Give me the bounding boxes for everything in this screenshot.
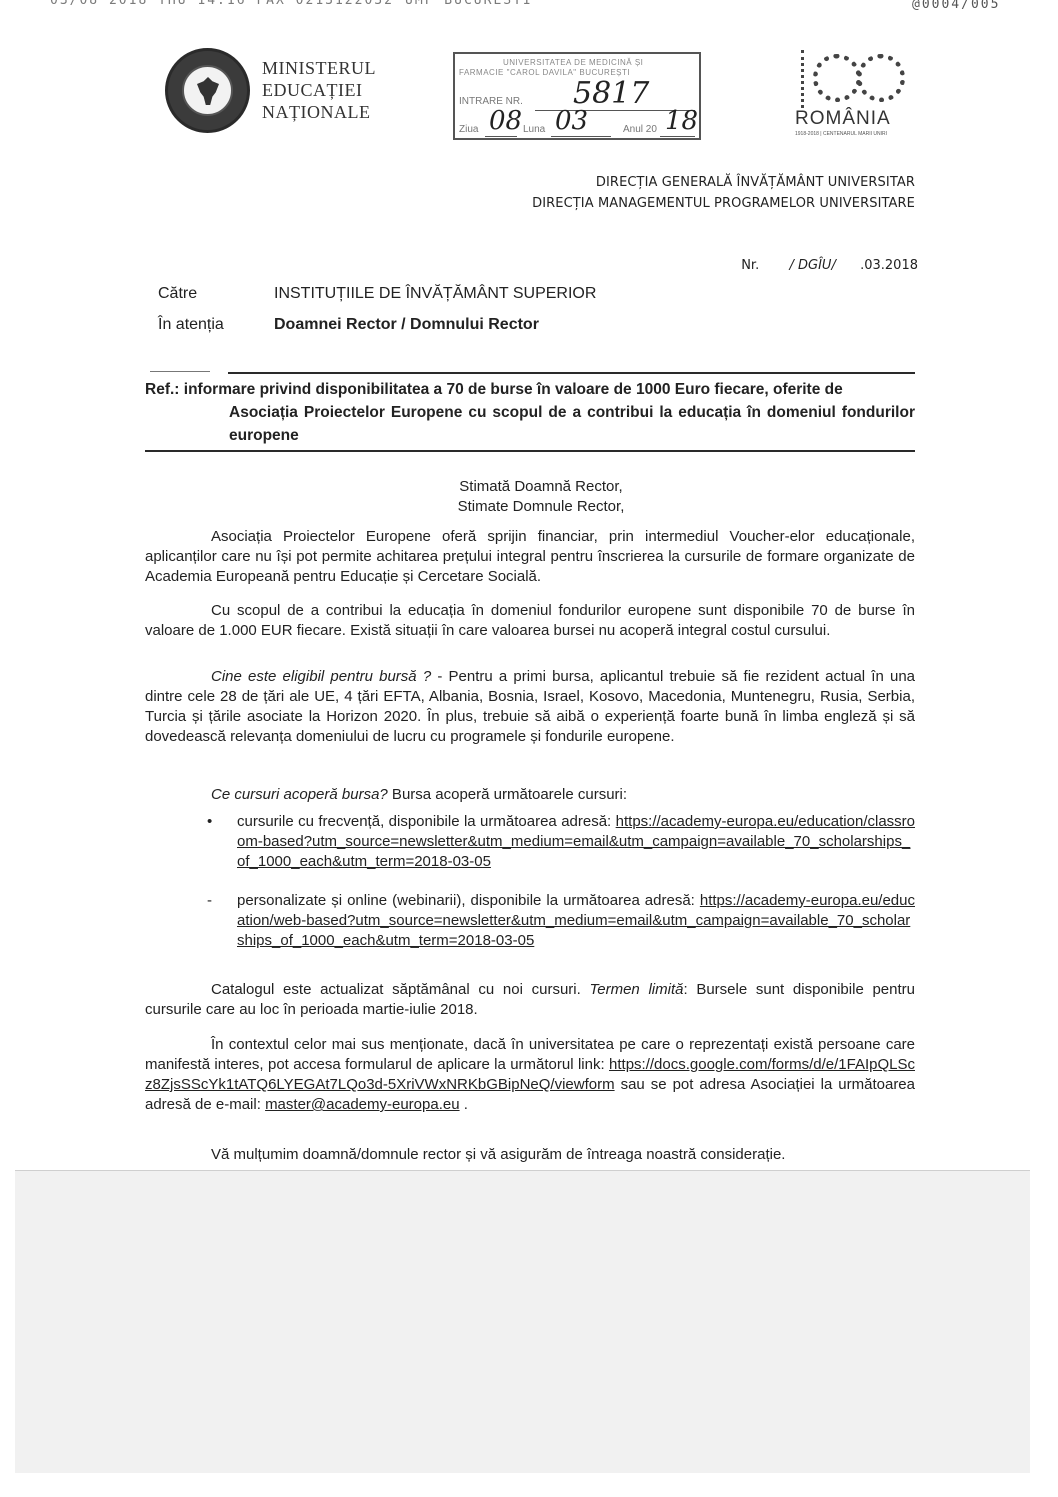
centenary-digit-one-icon [801, 50, 811, 108]
directorate-management: DIRECȚIA MANAGEMENTUL PROGRAMELOR UNIVER… [532, 196, 915, 211]
reference-subject: Ref.: informare privind disponibilitatea… [145, 378, 915, 447]
fax-header-sender: UMF BUCURESTI [405, 0, 533, 8]
paragraph-deadline: Catalogul este actualizat săptămânal cu … [145, 980, 915, 1020]
romania-centenary-logo: ROMÂNIA 1918-2018 | CENTENARUL MARII UNI… [795, 48, 915, 138]
entry-year: 18 [665, 106, 698, 136]
paragraph-scholarships: Cu scopul de a contribui la educația în … [145, 601, 915, 641]
directorate-general: DIRECȚIA GENERALĂ ÎNVĂȚĂMÂNT UNIVERSITAR [596, 175, 915, 190]
salutation-line-1: Stimată Doamnă Rector, [12, 478, 1058, 495]
entry-day: 08 [489, 106, 522, 136]
fax-header-left: 03/08 2018 THU 14:16 FAX 0213122032 [50, 0, 394, 8]
centenary-ring-icon [857, 54, 905, 102]
closing-line: Vă mulțumim doamnă/domnule rector și vă … [145, 1145, 915, 1165]
coat-of-arms-icon [197, 77, 219, 105]
to-value: INSTITUȚIILE DE ÎNVĂȚĂMÂNT SUPERIOR [274, 285, 596, 303]
reference-bottom-rule [145, 450, 915, 452]
paragraph-intro: Asociația Proiectelor Europene oferă spr… [145, 527, 915, 587]
list-item-classroom-courses: • cursurile cu frecvență, disponibile la… [193, 812, 915, 872]
list-item-online-courses: - personalizate și online (webinarii), d… [193, 891, 915, 951]
centenary-ring-icon [813, 54, 861, 102]
paragraph-courses-covered: Ce cursuri acoperă bursa? Bursa acoperă … [145, 785, 915, 805]
paragraph-eligibility: Cine este eligibil pentru bursă ? - Pent… [145, 667, 915, 747]
reference-top-rule [228, 372, 915, 374]
contact-email-link[interactable]: master@academy-europa.eu [265, 1096, 460, 1113]
ministry-seal-logo [165, 48, 250, 133]
fax-page-counter: @0004/005 [912, 0, 1000, 12]
ministry-name: MINISTERUL EDUCAȚIEI NAȚIONALE [262, 57, 376, 123]
attention-value: Doamnei Rector / Domnului Rector [274, 316, 539, 334]
registration-stamp: UNIVERSITATEA DE MEDICINĂ ȘI FARMACIE "C… [453, 52, 701, 140]
attention-label: În atenția [158, 316, 224, 334]
scan-blank-area [15, 1170, 1030, 1473]
to-label: Către [158, 285, 197, 303]
entry-month: 03 [555, 106, 588, 136]
paragraph-application: În contextul celor mai sus menționate, d… [145, 1035, 915, 1115]
registration-number: Nr. / DGÎU/ .03.2018 [741, 258, 918, 273]
salutation-line-2: Stimate Domnule Rector, [12, 498, 1058, 515]
